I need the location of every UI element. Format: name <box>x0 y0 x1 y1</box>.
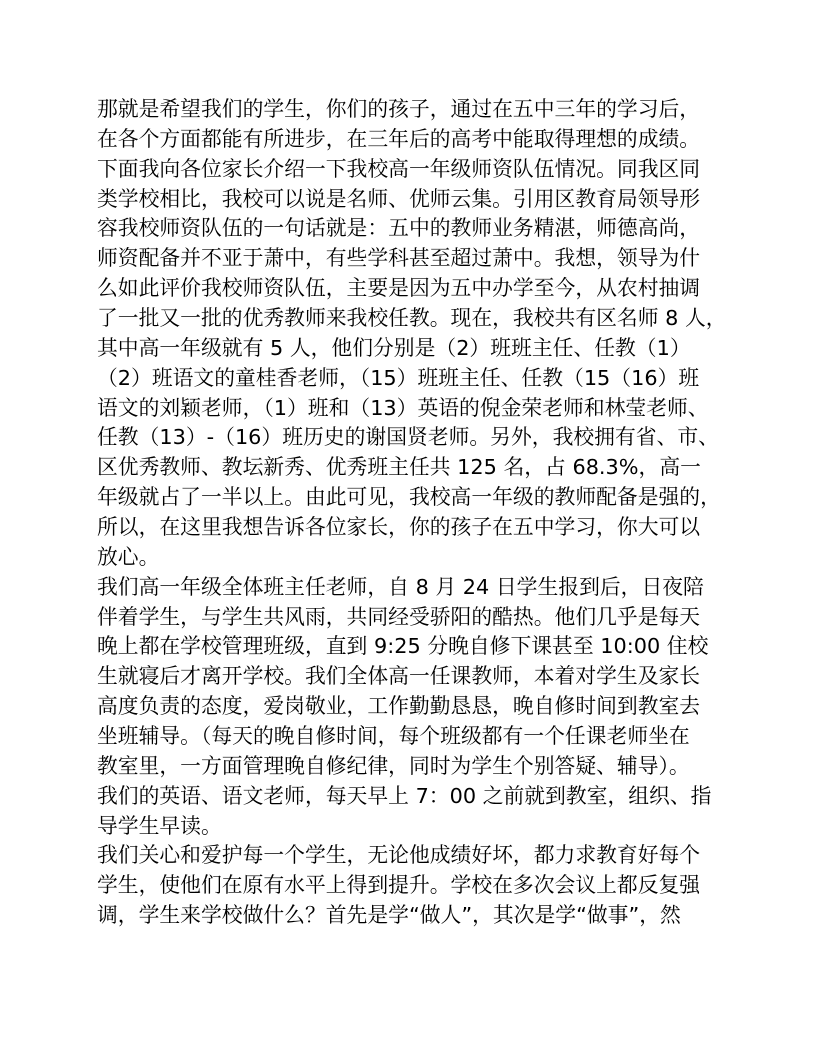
text-line: 其中高一年级就有 5 人，他们分别是（2）班班主任、任教（1） <box>97 334 737 364</box>
text-line: 语文的刘颖老师，（1）班和（13）英语的倪金荣老师和林莹老师、 <box>97 394 737 424</box>
text-line: 晚上都在学校管理班级，直到 9:25 分晚自修下课甚至 10:00 住校 <box>97 632 737 662</box>
text-line: 导学生早读。 <box>97 812 737 842</box>
document-page: 那就是希望我们的学生，你们的孩子，通过在五中三年的学习后， 在各个方面都能有所进… <box>0 0 816 1056</box>
text-line: 任教（13）-（16）班历史的谢国贤老师。另外，我校拥有省、市、 <box>97 423 737 453</box>
text-line: 我们的英语、语文老师，每天早上 7：00 之前就到教室，组织、指 <box>97 782 737 812</box>
text-line: （2）班语文的童桂香老师，（15）班班主任、任教（15（16）班 <box>97 364 737 394</box>
text-line: 高度负责的态度，爱岗敬业，工作勤勤恳恳，晚自修时间到教室去 <box>97 692 737 722</box>
text-line: 年级就占了一半以上。由此可见，我校高一年级的教师配备是强的， <box>97 483 737 513</box>
text-line: 学生，使他们在原有水平上得到提升。学校在多次会议上都反复强 <box>97 871 737 901</box>
text-line: 了一批又一批的优秀教师来我校任教。现在，我校共有区名师 8 人， <box>97 304 737 334</box>
text-line: 么如此评价我校师资队伍，主要是因为五中办学至今，从农村抽调 <box>97 274 737 304</box>
text-line: 下面我向各位家长介绍一下我校高一年级师资队伍情况。同我区同 <box>97 155 737 185</box>
text-line: 调，学生来学校做什么？首先是学“做人”，其次是学“做事”，然 <box>97 901 737 931</box>
text-line: 区优秀教师、教坛新秀、优秀班主任共 125 名，占 68.3%，高一 <box>97 453 737 483</box>
paragraph-teaching-staff: 那就是希望我们的学生，你们的孩子，通过在五中三年的学习后， 在各个方面都能有所进… <box>97 95 737 573</box>
text-line: 伴着学生，与学生共风雨，共同经受骄阳的酷热。他们几乎是每天 <box>97 603 737 633</box>
text-line: 所以，在这里我想告诉各位家长，你的孩子在五中学习，你大可以 <box>97 513 737 543</box>
text-line: 我们关心和爱护每一个学生，无论他成绩好坏，都力求教育好每个 <box>97 841 737 871</box>
text-line: 坐班辅导。（每天的晚自修时间，每个班级都有一个任课老师坐在 <box>97 722 737 752</box>
text-line: 教室里，一方面管理晚自修纪律，同时为学生个别答疑、辅导）。 <box>97 752 737 782</box>
text-line: 容我校师资队伍的一句话就是：五中的教师业务精湛，师德高尚， <box>97 214 737 244</box>
text-line: 生就寝后才离开学校。我们全体高一任课教师，本着对学生及家长 <box>97 662 737 692</box>
text-line: 放心。 <box>97 543 737 573</box>
text-line: 我们高一年级全体班主任老师，自 8 月 24 日学生报到后，日夜陪 <box>97 573 737 603</box>
text-line: 那就是希望我们的学生，你们的孩子，通过在五中三年的学习后， <box>97 95 737 125</box>
paragraph-student-care: 我们关心和爱护每一个学生，无论他成绩好坏，都力求教育好每个 学生，使他们在原有水… <box>97 841 737 931</box>
body-text: 那就是希望我们的学生，你们的孩子，通过在五中三年的学习后， 在各个方面都能有所进… <box>97 95 737 931</box>
text-line: 师资配备并不亚于萧中，有些学科甚至超过萧中。我想，领导为什 <box>97 244 737 274</box>
paragraph-class-teachers: 我们高一年级全体班主任老师，自 8 月 24 日学生报到后，日夜陪 伴着学生，与… <box>97 573 737 842</box>
text-line: 在各个方面都能有所进步，在三年后的高考中能取得理想的成绩。 <box>97 125 737 155</box>
text-line: 类学校相比，我校可以说是名师、优师云集。引用区教育局领导形 <box>97 185 737 215</box>
